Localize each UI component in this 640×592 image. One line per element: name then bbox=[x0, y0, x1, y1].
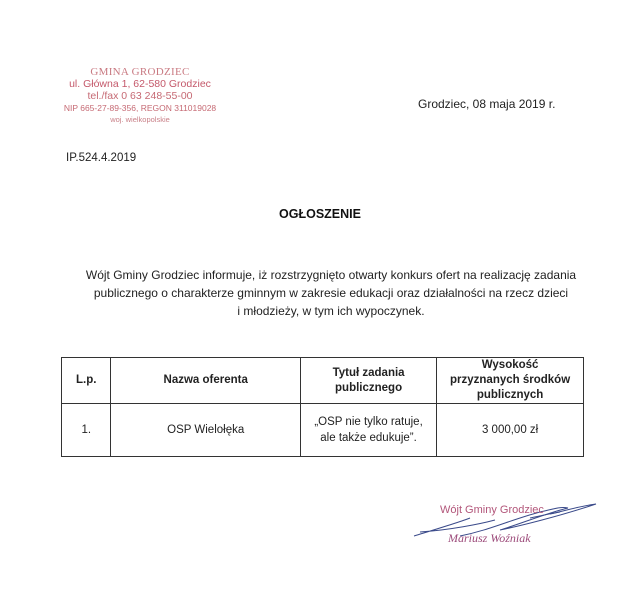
stamp-region: woj. wielkopolskie bbox=[40, 114, 240, 126]
body-line: i młodzieży, w tym ich wypoczynek. bbox=[70, 302, 592, 320]
signature-title-stamp: Wójt Gminy Grodziec bbox=[440, 504, 544, 516]
municipal-stamp: GMINA GRODZIEC ul. Główna 1, 62-580 Grod… bbox=[40, 66, 240, 126]
stamp-phone: tel./fax 0 63 248-55-00 bbox=[40, 90, 240, 102]
document-title: OGŁOSZENIE bbox=[0, 207, 640, 221]
place-date: Grodziec, 08 maja 2019 r. bbox=[418, 97, 555, 111]
cell-lp: 1. bbox=[62, 404, 111, 457]
header-amount: Wysokość przyznanych środków publicznych bbox=[437, 358, 584, 404]
cell-offeror: OSP Wielołęka bbox=[111, 404, 300, 457]
stamp-address: ul. Główna 1, 62-580 Grodziec bbox=[40, 78, 240, 90]
table-row: 1. OSP Wielołęka „OSP nie tylko ratuje, … bbox=[62, 404, 584, 457]
signature-name-stamp: Mariusz Woźniak bbox=[448, 531, 531, 546]
header-lp: L.p. bbox=[62, 358, 111, 404]
announcement-body: Wójt Gminy Grodziec informuje, iż rozstr… bbox=[70, 266, 592, 320]
stamp-name: GMINA GRODZIEC bbox=[40, 66, 240, 78]
header-offeror: Nazwa oferenta bbox=[111, 358, 300, 404]
body-line: publicznego o charakterze gminnym w zakr… bbox=[70, 284, 592, 302]
cell-task-title: „OSP nie tylko ratuje, ale także edukuje… bbox=[300, 404, 436, 457]
reference-number: IP.524.4.2019 bbox=[66, 152, 136, 164]
body-line: Wójt Gminy Grodziec informuje, iż rozstr… bbox=[70, 266, 592, 284]
header-task-title: Tytuł zadania publicznego bbox=[300, 358, 436, 404]
results-table: L.p. Nazwa oferenta Tytuł zadania public… bbox=[61, 357, 584, 457]
cell-amount: 3 000,00 zł bbox=[437, 404, 584, 457]
table-header-row: L.p. Nazwa oferenta Tytuł zadania public… bbox=[62, 358, 584, 404]
stamp-ids: NIP 665-27-89-356, REGON 311019028 bbox=[40, 102, 240, 114]
